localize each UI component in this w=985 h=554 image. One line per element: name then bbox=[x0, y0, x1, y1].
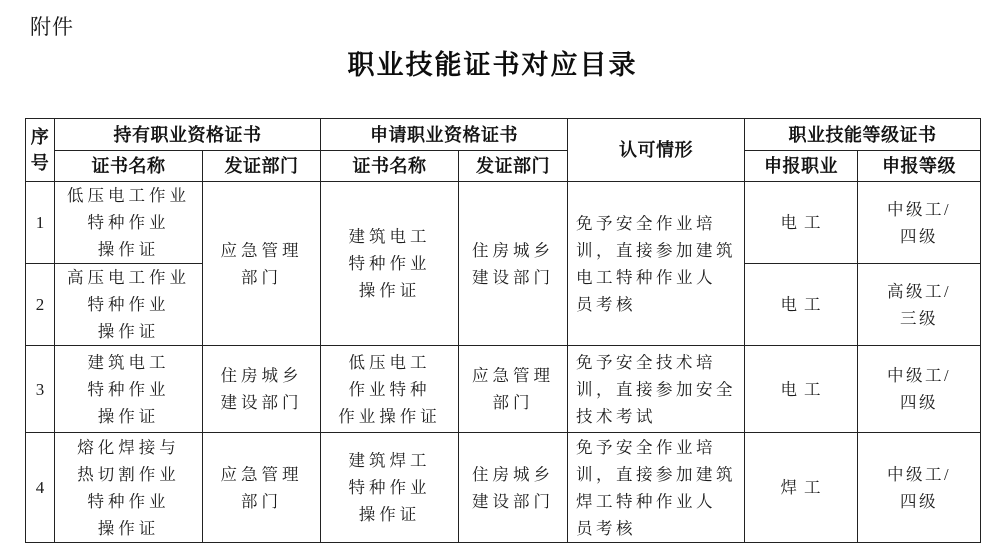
header-group-skill-level-certificate: 职业技能等级证书 bbox=[745, 119, 981, 151]
header-group-held-certificate: 持有职业资格证书 bbox=[55, 119, 321, 151]
document-page: { "page": { "attachment_label": "附件", "t… bbox=[0, 0, 985, 554]
header-serial-number: 序号 bbox=[26, 119, 55, 182]
cell-recognition-3: 免予安全技术培 训，直接参加安全 技术考试 bbox=[568, 346, 745, 433]
cell-occupation-3: 电工 bbox=[745, 346, 858, 433]
cell-applied-cert-3: 低压电工 作业特种 作业操作证 bbox=[321, 346, 459, 433]
cell-applied-issuer-rows12: 住房城乡 建设部门 bbox=[459, 182, 568, 346]
header-declared-level: 申报等级 bbox=[858, 151, 981, 182]
cell-held-issuer-4: 应急管理 部门 bbox=[203, 433, 321, 543]
cell-applied-issuer-4: 住房城乡 建设部门 bbox=[459, 433, 568, 543]
cell-level-2: 高级工/ 三级 bbox=[858, 264, 981, 346]
cell-held-issuer-rows12: 应急管理 部门 bbox=[203, 182, 321, 346]
header-applied-issuer: 发证部门 bbox=[459, 151, 568, 182]
cell-serial-4: 4 bbox=[26, 433, 55, 543]
cell-serial-3: 3 bbox=[26, 346, 55, 433]
cell-occupation-4: 焊工 bbox=[745, 433, 858, 543]
cell-held-cert-2: 高压电工作业 特种作业 操作证 bbox=[55, 264, 203, 346]
cell-held-cert-3: 建筑电工 特种作业 操作证 bbox=[55, 346, 203, 433]
cell-held-cert-4: 熔化焊接与 热切割作业 特种作业 操作证 bbox=[55, 433, 203, 543]
cell-level-4: 中级工/ 四级 bbox=[858, 433, 981, 543]
cell-level-1: 中级工/ 四级 bbox=[858, 182, 981, 264]
page-title: 职业技能证书对应目录 bbox=[0, 43, 985, 82]
table-row: 4 熔化焊接与 热切割作业 特种作业 操作证 应急管理 部门 建筑焊工 特种作业… bbox=[26, 433, 981, 543]
header-held-cert-name: 证书名称 bbox=[55, 151, 203, 182]
cell-level-3: 中级工/ 四级 bbox=[858, 346, 981, 433]
attachment-label: 附件 bbox=[30, 11, 74, 41]
table-header-row-1: 序号 持有职业资格证书 申请职业资格证书 认可情形 职业技能等级证书 bbox=[26, 119, 981, 151]
header-group-applied-certificate: 申请职业资格证书 bbox=[321, 119, 568, 151]
cell-held-issuer-3: 住房城乡 建设部门 bbox=[203, 346, 321, 433]
header-recognition: 认可情形 bbox=[568, 119, 745, 182]
cell-held-cert-1: 低压电工作业 特种作业 操作证 bbox=[55, 182, 203, 264]
header-declared-occupation: 申报职业 bbox=[745, 151, 858, 182]
cell-applied-cert-4: 建筑焊工 特种作业 操作证 bbox=[321, 433, 459, 543]
header-applied-cert-name: 证书名称 bbox=[321, 151, 459, 182]
cell-applied-cert-rows12: 建筑电工 特种作业 操作证 bbox=[321, 182, 459, 346]
table-header-row-2: 证书名称 发证部门 证书名称 发证部门 申报职业 申报等级 bbox=[26, 151, 981, 182]
cell-serial-2: 2 bbox=[26, 264, 55, 346]
cell-occupation-2: 电工 bbox=[745, 264, 858, 346]
header-held-issuer: 发证部门 bbox=[203, 151, 321, 182]
table-row: 1 低压电工作业 特种作业 操作证 应急管理 部门 建筑电工 特种作业 操作证 … bbox=[26, 182, 981, 264]
table-row: 3 建筑电工 特种作业 操作证 住房城乡 建设部门 低压电工 作业特种 作业操作… bbox=[26, 346, 981, 433]
cell-recognition-4: 免予安全作业培 训，直接参加建筑 焊工特种作业人 员考核 bbox=[568, 433, 745, 543]
cell-recognition-rows12: 免予安全作业培 训，直接参加建筑 电工特种作业人 员考核 bbox=[568, 182, 745, 346]
certificate-directory-table: 序号 持有职业资格证书 申请职业资格证书 认可情形 职业技能等级证书 证书名称 … bbox=[25, 118, 981, 543]
cell-applied-issuer-3: 应急管理 部门 bbox=[459, 346, 568, 433]
cell-occupation-1: 电工 bbox=[745, 182, 858, 264]
cell-serial-1: 1 bbox=[26, 182, 55, 264]
